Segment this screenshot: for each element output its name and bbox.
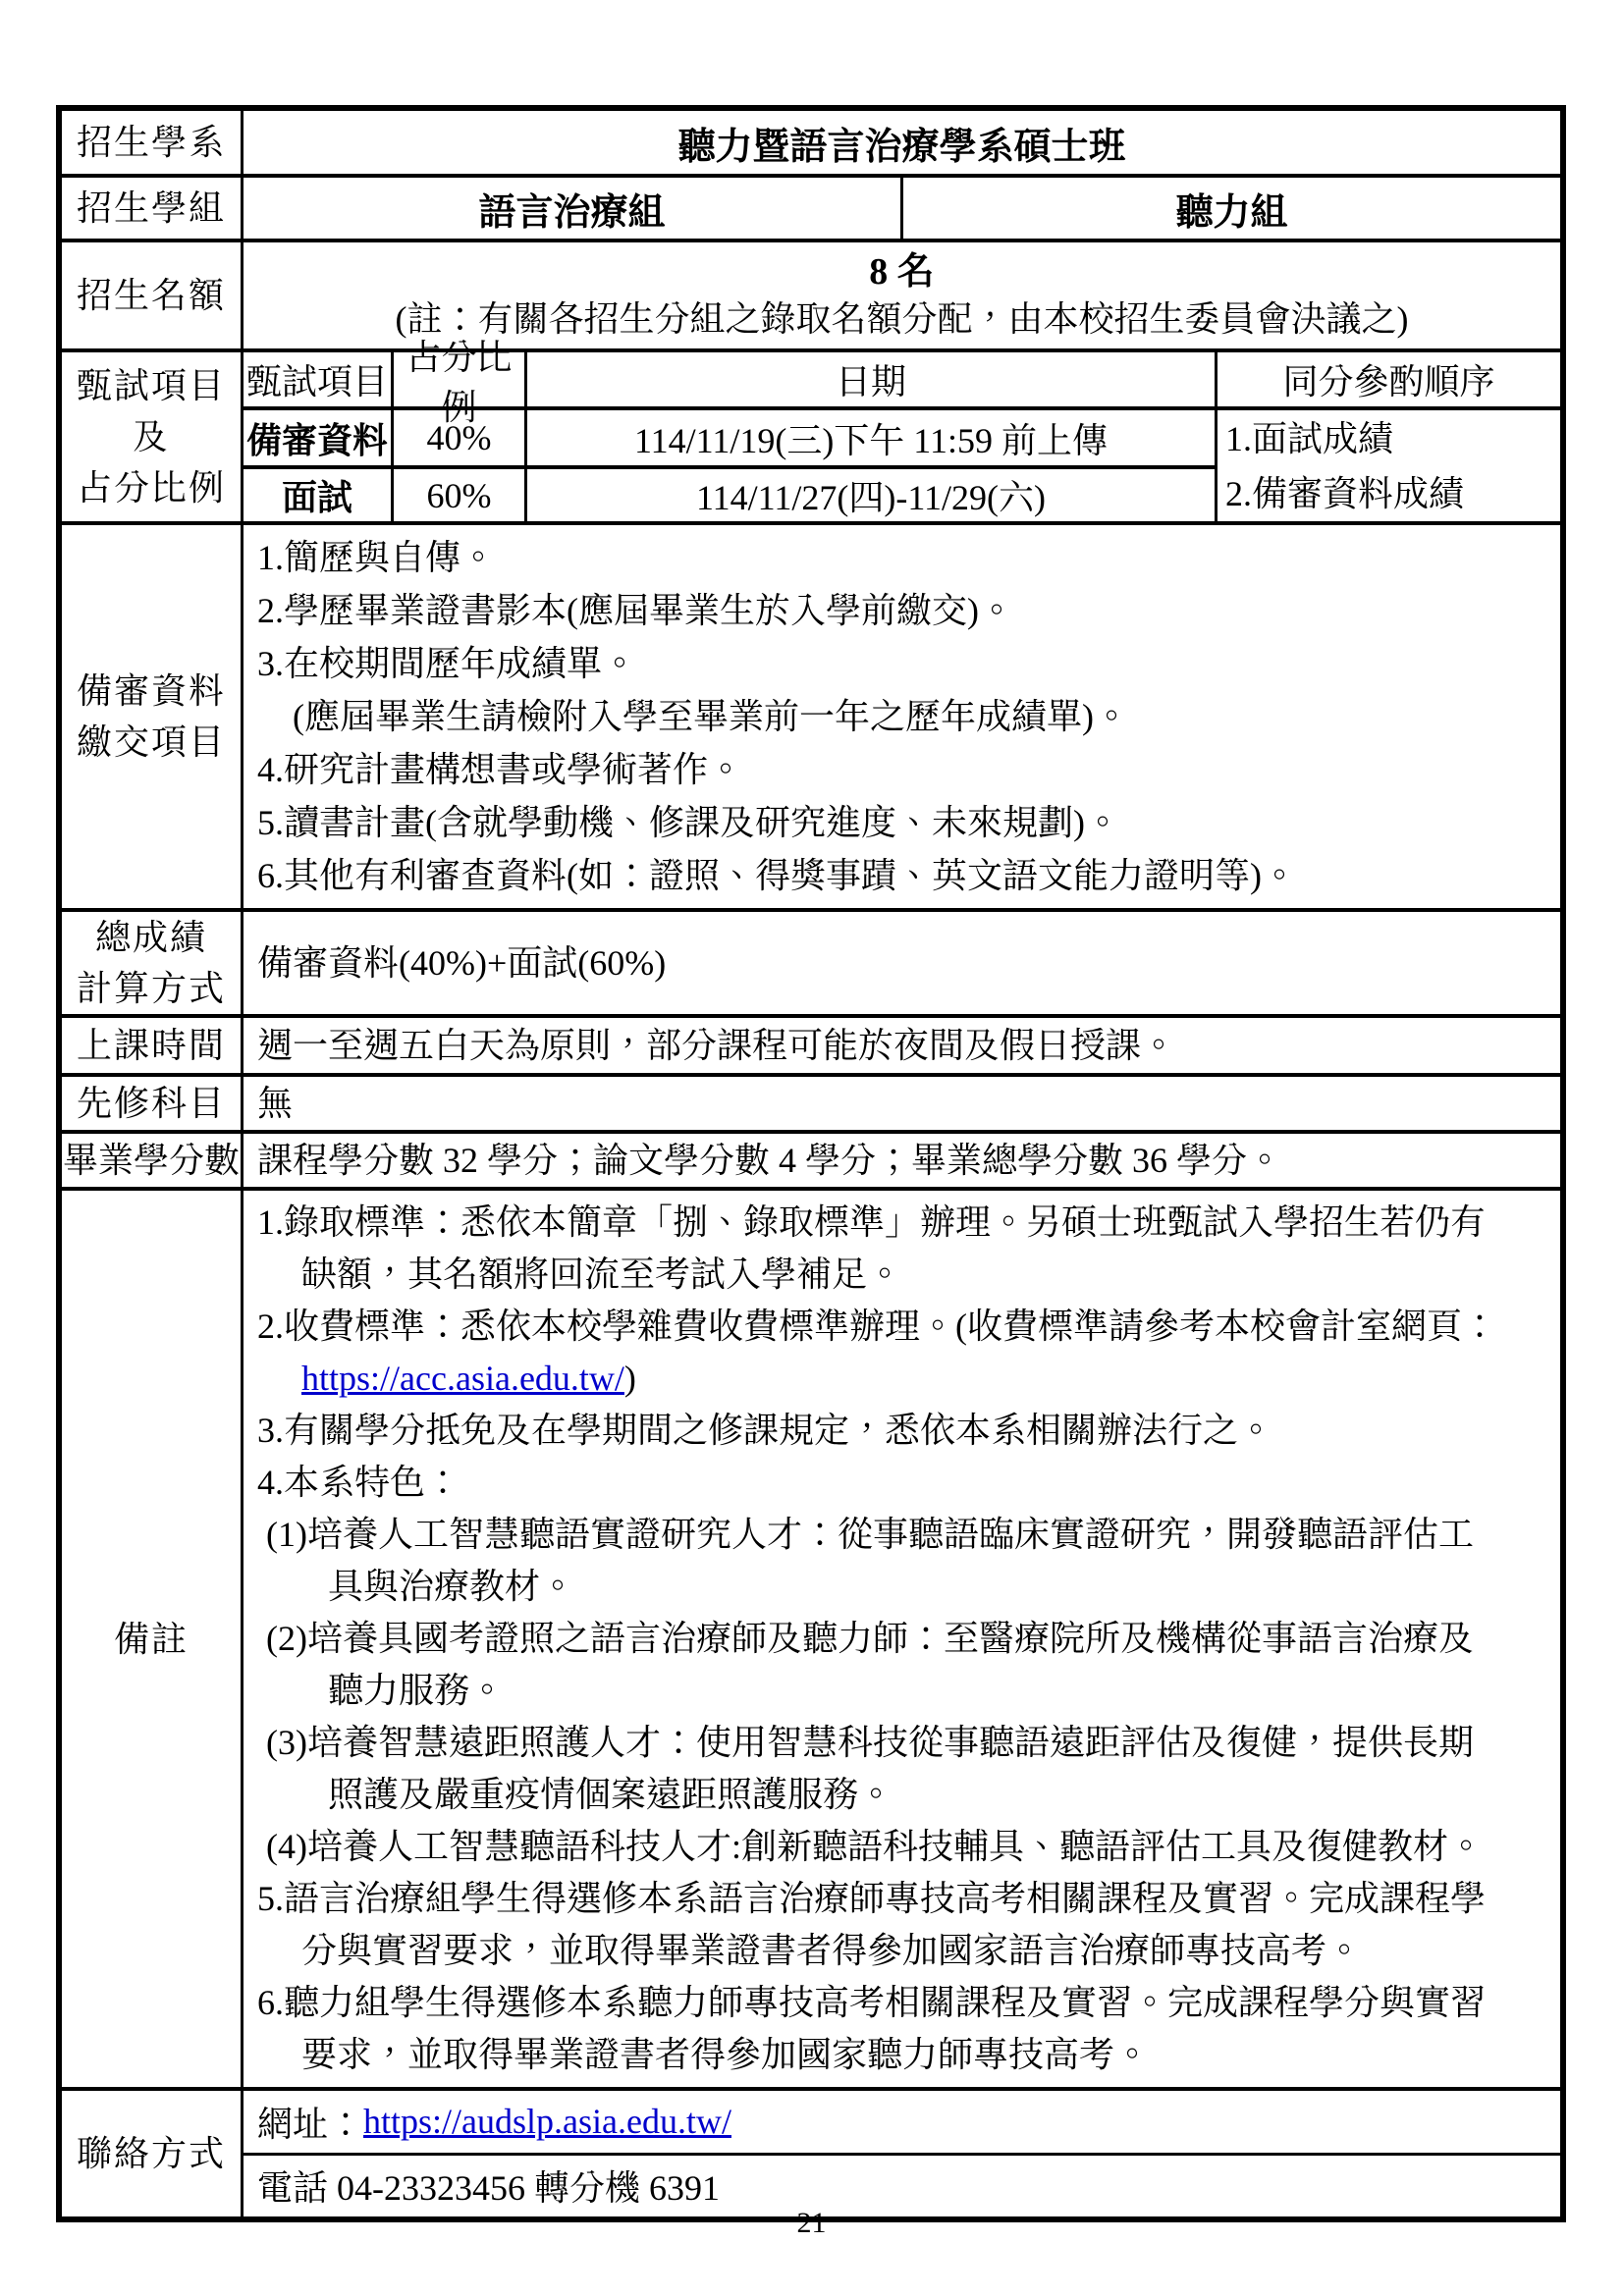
prerequisite-label: 先修科目 xyxy=(62,1077,243,1130)
remark-line: 5.語言治療組學生得選修本系語言治療師專技高考相關課程及實習。完成課程學 xyxy=(243,1873,1560,1925)
remark-line: (3)培養智慧遠距照護人才：使用智慧科技從事聽語遠距評估及復健，提供長期 xyxy=(243,1717,1560,1769)
remark-link-line: https://acc.asia.edu.tw/) xyxy=(243,1353,1560,1405)
document-item: 5.讀書計畫(含就學動機、修課及研究進度、未來規劃)。 xyxy=(243,796,1560,849)
exam-row2-item: 面試 xyxy=(243,465,391,521)
group-audiology: 聽力組 xyxy=(900,178,1560,239)
document-item: 2.學歷畢業證書影本(應屆畢業生於入學前繳交)。 xyxy=(243,584,1560,637)
remark-line: 2.收費標準：悉依本校學雜費收費標準辦理。(收費標準請參考本校會計室網頁： xyxy=(243,1301,1560,1353)
row-credits: 畢業學分數 課程學分數 32 學分；論文學分數 4 學分；畢業總學分數 36 學… xyxy=(62,1134,1560,1191)
documents-label-line1: 備審資料 xyxy=(77,666,226,717)
exam-label-line1: 甄試項目 xyxy=(77,360,226,411)
exam-header-ratio: 占分比例 xyxy=(391,352,524,406)
exam-label-line3: 占分比例 xyxy=(77,462,226,513)
exam-tiebreak-cell: 1.面試成績 2.備審資料成績 xyxy=(1215,406,1560,521)
department-value: 聽力暨語言治療學系碩士班 xyxy=(677,116,1125,170)
groups-label: 招生學組 xyxy=(62,178,243,239)
department-website-link[interactable]: https://audslp.asia.edu.tw/ xyxy=(363,2101,731,2142)
exam-row1-ratio: 40% xyxy=(391,406,524,465)
department-label: 招生學系 xyxy=(62,111,243,174)
document-item: 3.在校期間歷年成績單。 xyxy=(243,637,1560,690)
remarks-label: 備註 xyxy=(62,1191,243,2087)
remark-link-suffix: ) xyxy=(624,1359,636,1398)
row-class-time: 上課時間 週一至週五白天為原則，部分課程可能於夜間及假日授課。 xyxy=(62,1018,1560,1077)
contact-label: 聯絡方式 xyxy=(62,2091,243,2216)
website-prefix: 網址： xyxy=(257,2097,363,2147)
class-time-label: 上課時間 xyxy=(62,1018,243,1073)
remark-line: 3.有關學分抵免及在學期間之修課規定，悉依本系相關辦法行之。 xyxy=(243,1405,1560,1457)
remark-link-indent xyxy=(257,1359,301,1398)
row-documents: 備審資料 繳交項目 1.簡歷與自傳。2.學歷畢業證書影本(應屆畢業生於入學前繳交… xyxy=(62,525,1560,912)
credits-value: 課程學分數 32 學分；論文學分數 4 學分；畢業總學分數 36 學分。 xyxy=(243,1134,1560,1187)
exam-label-line2: 及 xyxy=(133,411,170,462)
row-groups: 招生學組 語言治療組 聽力組 xyxy=(62,178,1560,242)
accounting-office-link[interactable]: https://acc.asia.edu.tw/ xyxy=(301,1359,624,1398)
tiebreak-line2: 2.備審資料成績 xyxy=(1225,466,1560,521)
remark-line: 照護及嚴重疫情個案遠距照護服務。 xyxy=(243,1769,1560,1821)
credits-label: 畢業學分數 xyxy=(62,1134,243,1187)
row-remarks: 備註 1.錄取標準：悉依本簡章「捌、錄取標準」辦理。另碩士班甄試入學招生若仍有 … xyxy=(62,1191,1560,2091)
remark-line: 分與實習要求，並取得畢業證書者得參加國家語言治療師專技高考。 xyxy=(243,1925,1560,1977)
document-page: 招生學系 聽力暨語言治療學系碩士班 招生學組 語言治療組 聽力組 招生名額 8 … xyxy=(0,0,1623,2296)
exam-header-date: 日期 xyxy=(524,352,1215,406)
total-score-label-line2: 計算方式 xyxy=(77,963,226,1014)
class-time-value: 週一至週五白天為原則，部分課程可能於夜間及假日授課。 xyxy=(243,1019,1560,1072)
document-item: 4.研究計畫構想書或學術著作。 xyxy=(243,743,1560,796)
page-number: 21 xyxy=(797,2207,827,2240)
exam-header-item: 甄試項目 xyxy=(243,352,391,406)
row-contact: 聯絡方式 網址：https://audslp.asia.edu.tw/ 電話 0… xyxy=(62,2091,1560,2216)
quota-note: (註：有關各招生分組之錄取名額分配，由本校招生委員會決議之) xyxy=(396,295,1409,343)
remark-line: 聽力服務。 xyxy=(243,1665,1560,1717)
documents-label: 備審資料 繳交項目 xyxy=(62,525,243,908)
document-item: (應屆畢業生請檢附入學至畢業前一年之歷年成績單)。 xyxy=(243,690,1560,743)
remarks-list-bottom: 3.有關學分抵免及在學期間之修課規定，悉依本系相關辦法行之。4.本系特色： (1… xyxy=(243,1405,1560,2081)
contact-phone-row: 電話 04-23323456 轉分機 6391 xyxy=(243,2153,1560,2217)
exam-row2-ratio: 60% xyxy=(391,465,524,521)
exam-row1-item: 備審資料 xyxy=(243,406,391,465)
contact-website-row: 網址：https://audslp.asia.edu.tw/ xyxy=(243,2091,1560,2153)
row-quota: 招生名額 8 名 (註：有關各招生分組之錄取名額分配，由本校招生委員會決議之) xyxy=(62,242,1560,352)
remark-line: (2)培養具國考證照之語言治療師及聽力師：至醫療院所及機構從事語言治療及 xyxy=(243,1613,1560,1665)
total-score-value: 備審資料(40%)+面試(60%) xyxy=(243,936,1560,989)
remark-line: 6.聽力組學生得選修本系聽力師專技高考相關課程及實習。完成課程學分與實習 xyxy=(243,1977,1560,2029)
contact-phone: 電話 04-23323456 轉分機 6391 xyxy=(257,2161,720,2211)
group-speech-therapy: 語言治療組 xyxy=(243,178,900,239)
prerequisite-value: 無 xyxy=(243,1077,1560,1130)
remark-line: 具與治療教材。 xyxy=(243,1561,1560,1613)
documents-label-line2: 繳交項目 xyxy=(77,717,226,768)
remark-line: 4.本系特色： xyxy=(243,1457,1560,1509)
total-score-label-line1: 總成績 xyxy=(95,912,207,963)
exam-header-tiebreak: 同分參酌順序 xyxy=(1215,352,1560,406)
row-exam: 甄試項目 及 占分比例 甄試項目 占分比例 日期 同分參酌順序 備審資料 40%… xyxy=(62,352,1560,525)
remark-line: 要求，並取得畢業證書者得參加國家聽力師專技高考。 xyxy=(243,2029,1560,2081)
remark-line: (1)培養人工智慧聽語實證研究人才：從事聽語臨床實證研究，開發聽語評估工 xyxy=(243,1509,1560,1561)
remarks-list-top: 1.錄取標準：悉依本簡章「捌、錄取標準」辦理。另碩士班甄試入學招生若仍有 缺額，… xyxy=(243,1197,1560,1353)
documents-list: 1.簡歷與自傳。2.學歷畢業證書影本(應屆畢業生於入學前繳交)。3.在校期間歷年… xyxy=(243,525,1560,908)
admission-info-table: 招生學系 聽力暨語言治療學系碩士班 招生學組 語言治療組 聽力組 招生名額 8 … xyxy=(56,105,1566,2222)
row-total-score: 總成績 計算方式 備審資料(40%)+面試(60%) xyxy=(62,912,1560,1018)
quota-value: 8 名 xyxy=(869,248,935,295)
quota-label: 招生名額 xyxy=(62,242,243,348)
exam-row1-date: 114/11/19(三)下午 11:59 前上傳 xyxy=(524,406,1215,465)
remark-line: 1.錄取標準：悉依本簡章「捌、錄取標準」辦理。另碩士班甄試入學招生若仍有 xyxy=(243,1197,1560,1249)
exam-table: 甄試項目 占分比例 日期 同分參酌順序 備審資料 40% 114/11/19(三… xyxy=(243,352,1560,521)
row-department: 招生學系 聽力暨語言治療學系碩士班 xyxy=(62,111,1560,178)
document-item: 6.其他有利審查資料(如：證照、得獎事蹟、英文語文能力證明等)。 xyxy=(243,849,1560,902)
remark-line: (4)培養人工智慧聽語科技人才:創新聽語科技輔具、聽語評估工具及復健教材。 xyxy=(243,1821,1560,1873)
document-item: 1.簡歷與自傳。 xyxy=(243,531,1560,584)
exam-row2-date: 114/11/27(四)-11/29(六) xyxy=(524,465,1215,521)
exam-label: 甄試項目 及 占分比例 xyxy=(62,352,243,521)
remark-line: 缺額，其名額將回流至考試入學補足。 xyxy=(243,1249,1560,1301)
row-prerequisite: 先修科目 無 xyxy=(62,1077,1560,1134)
total-score-label: 總成績 計算方式 xyxy=(62,912,243,1014)
tiebreak-line1: 1.面試成績 xyxy=(1225,411,1560,466)
